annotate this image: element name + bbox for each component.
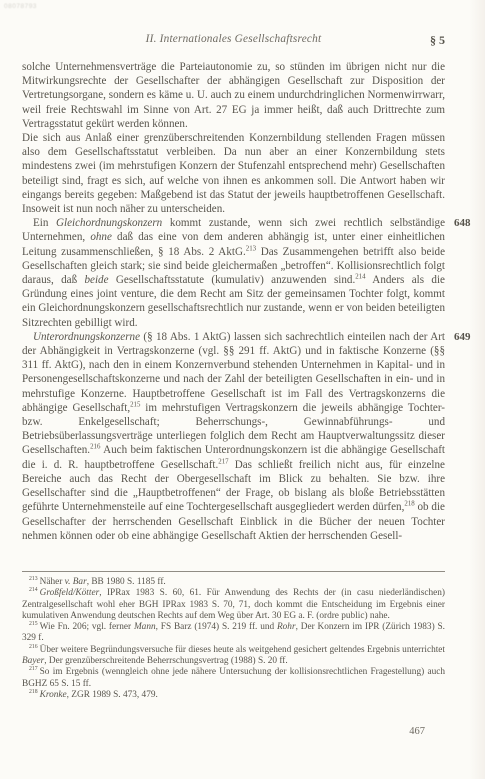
scan-artifact-watermark: 08078793 [4,3,37,10]
footnote: 217So im Ergebnis (wenngleich ohne jede … [22,667,445,690]
footnote-ref: 214 [355,273,365,280]
footnote-number: 216 [29,644,38,650]
emphasized-text: ohne [90,231,112,243]
footnote: 214Großfeld/Kötter, IPRax 1983 S. 60, 61… [22,588,445,622]
footnote-text: Über weitere Begründungsversuche für die… [22,645,445,666]
book-page: 08078793 II. Internationales Gesellschaf… [0,0,485,779]
footnote-text: Näher v. Bar, BB 1980 S. 1185 ff. [40,577,166,587]
footnote-text: Kronke, ZGR 1989 S. 473, 479. [40,690,158,700]
paragraph-648: 648Ein Gleichordnungskonzern kommt zusta… [22,216,445,330]
footnote-ref: 215 [130,401,140,408]
footnote-number: 217 [29,666,38,672]
page-header: II. Internationales Gesellschaftsrecht §… [22,33,445,49]
emphasized-text: Bayer [22,656,44,666]
footnote-separator [22,571,445,572]
emphasized-text: v. Bar [65,577,87,587]
emphasized-text: Mann [134,622,156,632]
running-title: II. Internationales Gesellschaftsrecht [22,33,445,45]
footnote-number: 214 [29,587,38,593]
paragraph: solche Unternehmensverträge die Parteiau… [22,60,445,131]
margin-number: 649 [454,330,471,344]
footnote-ref: 218 [404,501,414,508]
footnote-number: 215 [29,621,38,627]
emphasized-text: Rohr [277,622,296,632]
footnote-text: Großfeld/Kötter, IPRax 1983 S. 60, 61. F… [22,588,445,621]
footnote: 216Über weitere Begründungsversuche für … [22,645,445,668]
footnote: 215Wie Fn. 206; vgl. ferner Mann, FS Bar… [22,622,445,645]
footnote-number: 213 [29,576,38,582]
footnote: 218Kronke, ZGR 1989 S. 473, 479. [22,690,445,701]
footnote: 213Näher v. Bar, BB 1980 S. 1185 ff. [22,577,445,588]
footnotes: 213Näher v. Bar, BB 1980 S. 1185 ff. 214… [22,577,445,701]
paragraph: Die sich aus Anlaß einer grenzüberschrei… [22,131,445,216]
footnote-text: So im Ergebnis (wenngleich ohne jede näh… [22,667,445,688]
body-text: solche Unternehmensverträge die Parteiau… [22,60,445,543]
margin-number: 648 [454,216,471,230]
page-number: 467 [22,726,425,737]
footnote-ref: 213 [246,245,256,252]
footnote-ref: 216 [90,444,100,451]
emphasized-text: beide [85,274,109,286]
footnote-ref: 217 [218,458,228,465]
emphasized-text: Großfeld/Kötter [40,588,100,598]
footnote-number: 218 [29,689,38,695]
paragraph-649: 649Unterordnungskonzerne (§ 18 Abs. 1 Ak… [22,330,445,543]
emphasized-text: Gleichordnungskonzern [56,217,162,229]
section-mark: § 5 [430,33,445,48]
footnote-text: Wie Fn. 206; vgl. ferner Mann, FS Barz (… [22,622,445,643]
emphasized-text: Unterordnungskonzerne [33,331,140,343]
emphasized-text: Kronke [40,690,67,700]
